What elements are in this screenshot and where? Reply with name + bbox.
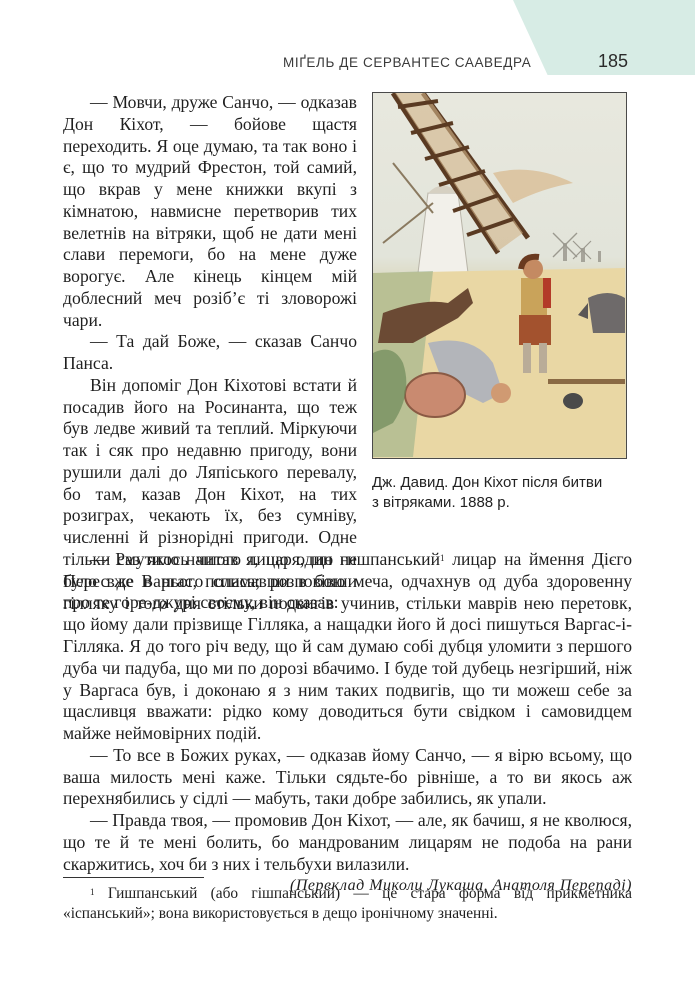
paragraph: — Та дай Боже, — сказав Санчо Панса. xyxy=(63,331,357,375)
text-span: — Раз якось читав я, що один гишпанський xyxy=(90,549,440,569)
footnote-reference[interactable]: 1 xyxy=(440,553,445,563)
figure-caption: Дж. Давид. Дон Кіхот після битви з вітря… xyxy=(372,473,637,513)
paragraph: — Мовчи, друже Санчо, — одказав Дон Кіхо… xyxy=(63,92,357,331)
text-span: лицар на ймення Дієго Перес де Варгас, п… xyxy=(63,549,632,743)
caption-line: Дж. Давид. Дон Кіхот після битви xyxy=(372,473,637,493)
page-number: 185 xyxy=(598,51,628,72)
footnote-body: Гишпанський (або гішпанський) — це стара… xyxy=(63,885,632,922)
footnote-divider xyxy=(63,877,204,878)
footnote: 1 Гишпанський (або гішпанський) — це ста… xyxy=(63,884,632,923)
running-head: МІҐЕЛЬ ДЕ СЕРВАНТЕС СААВЕДРА xyxy=(283,55,531,70)
illustration-don-quixote xyxy=(372,92,627,459)
paragraph: — То все в Божих руках, — одказав йому С… xyxy=(63,745,632,810)
full-width-text: — Раз якось читав я, що один гишпанський… xyxy=(63,549,632,897)
illustration-image xyxy=(373,93,625,457)
paragraph: — Раз якось читав я, що один гишпанський… xyxy=(63,549,632,745)
caption-line: з вітряками. 1888 р. xyxy=(372,493,637,513)
footnote-text: 1 Гишпанський (або гішпанський) — це ста… xyxy=(63,884,632,923)
left-column-text: — Мовчи, друже Санчо, — одказав Дон Кіхо… xyxy=(63,92,357,614)
footnote-marker: 1 xyxy=(90,887,95,897)
paragraph: — Правда твоя, — промовив Дон Кіхот, — а… xyxy=(63,810,632,875)
